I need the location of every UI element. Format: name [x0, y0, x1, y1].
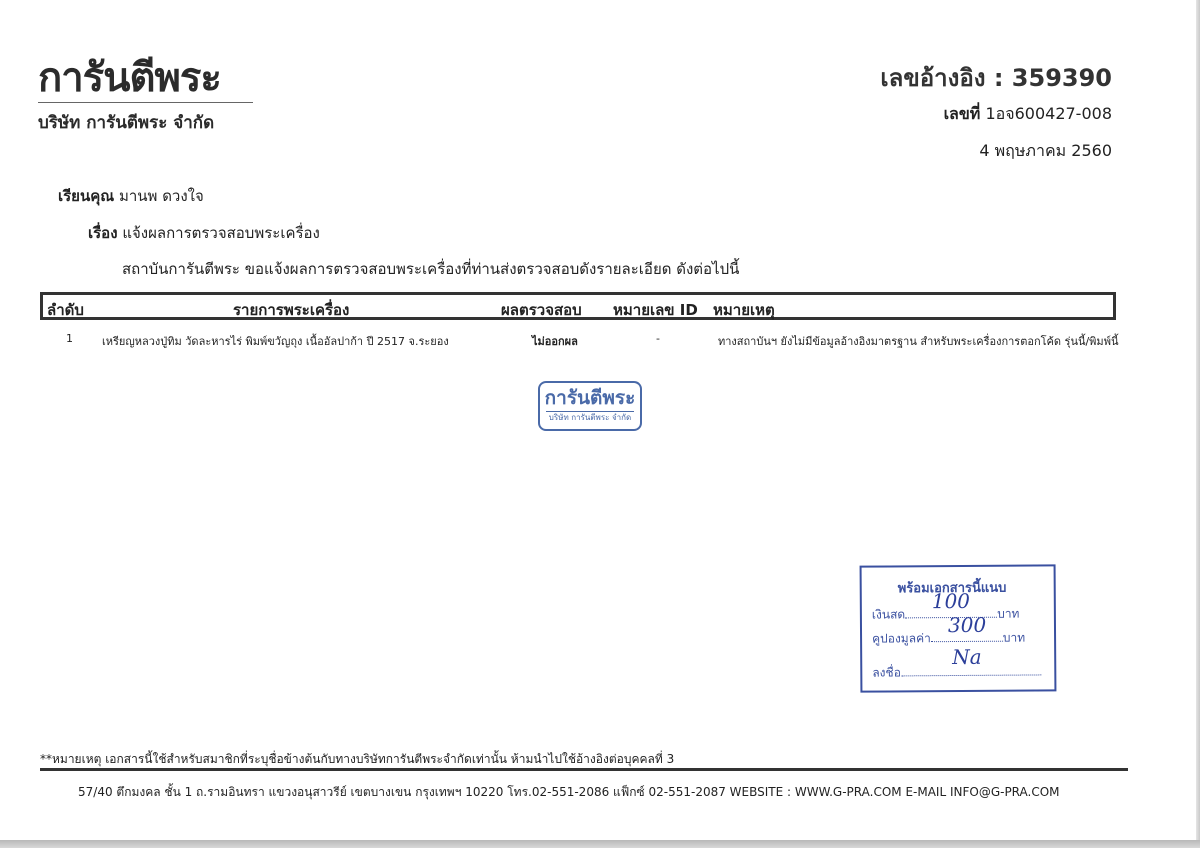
cash-currency: บาท — [997, 607, 1019, 621]
header-item: รายการพระเครื่อง — [233, 298, 349, 322]
page-edge-shadow-right — [1196, 0, 1200, 848]
signature-label: ลงชื่อ — [872, 665, 901, 679]
cash-label: เงินสด — [872, 607, 905, 621]
header-id: หมายเลข ID — [613, 298, 698, 322]
cash-handwritten-value: 100 — [932, 589, 970, 613]
recipient-line: เรียนคุณ มานพ ดวงใจ — [58, 184, 204, 208]
company-stamp: การันตีพระ บริษัท การันตีพระ จำกัด — [538, 381, 642, 431]
cell-item: เหรียญหลวงปู่ทิม วัดละหารไร่ พิมพ์ขวัญถุ… — [102, 332, 449, 350]
reference-separator: : — [994, 64, 1004, 92]
header-no: ลำดับ — [47, 298, 84, 322]
reference-value: 359390 — [1012, 64, 1112, 92]
coupon-currency: บาท — [1003, 631, 1025, 645]
recipient-name: มานพ ดวงใจ — [119, 187, 204, 205]
results-table-header: ลำดับ รายการพระเครื่อง ผลตรวจสอบ หมายเลข… — [40, 292, 1116, 320]
header-note: หมายเหตุ — [713, 298, 775, 322]
recipient-label: เรียนคุณ — [58, 187, 114, 205]
cell-no: 1 — [66, 332, 73, 345]
company-address: 57/40 ตึกมงคล ชั้น 1 ถ.รามอินทรา แขวงอนุ… — [78, 783, 1060, 802]
subject-text: แจ้งผลการตรวจสอบพระเครื่อง — [122, 224, 320, 242]
footer-divider — [40, 768, 1128, 771]
document-number-value: 1อจ600427-008 — [985, 104, 1112, 123]
reference-label: เลขอ้างอิง — [880, 64, 985, 92]
subject-line: เรื่อง แจ้งผลการตรวจสอบพระเครื่อง — [88, 221, 320, 245]
stamp-company-name: บริษัท การันตีพระ จำกัด — [546, 411, 634, 424]
page-edge-shadow-bottom — [0, 840, 1200, 848]
header-result: ผลตรวจสอบ — [501, 298, 582, 322]
company-logo: การันตีพระ บริษัท การันตีพระ จำกัด — [38, 56, 253, 136]
payment-receipt-stamp: พร้อมเอกสารนี้แนบ เงินสดบาท 100 คูปองมูล… — [860, 564, 1057, 692]
cell-result: ไม่ออกผล — [532, 332, 578, 350]
cell-id: - — [656, 332, 660, 345]
cell-note: ทางสถาบันฯ ยังไม่มีข้อมูลอ้างอิงมาตรฐาน … — [718, 332, 1118, 350]
coupon-handwritten-value: 300 — [948, 613, 986, 637]
reference-number: เลขอ้างอิง : 359390 — [880, 58, 1112, 97]
table-row: 1 เหรียญหลวงปู่ทิม วัดละหารไร่ พิมพ์ขวัญ… — [40, 330, 1120, 350]
document-number: เลขที่ 1อจ600427-008 — [944, 102, 1112, 127]
logo-company-name: บริษัท การันตีพระ จำกัด — [38, 109, 253, 136]
coupon-label: คูปองมูลค่า — [872, 631, 931, 645]
document-date: 4 พฤษภาคม 2560 — [979, 139, 1112, 164]
subject-label: เรื่อง — [88, 224, 118, 242]
document-number-label: เลขที่ — [944, 104, 981, 123]
logo-divider — [38, 102, 253, 103]
handwritten-signature: Na — [952, 645, 982, 669]
intro-paragraph: สถาบันการันตีพระ ขอแจ้งผลการตรวจสอบพระเค… — [122, 257, 739, 281]
stamp-wordmark: การันตีพระ — [540, 385, 640, 411]
footnote: **หมายเหตุ เอกสารนี้ใช้สำหรับสมาชิกที่ระ… — [40, 750, 674, 769]
logo-wordmark: การันตีพระ — [38, 56, 253, 100]
